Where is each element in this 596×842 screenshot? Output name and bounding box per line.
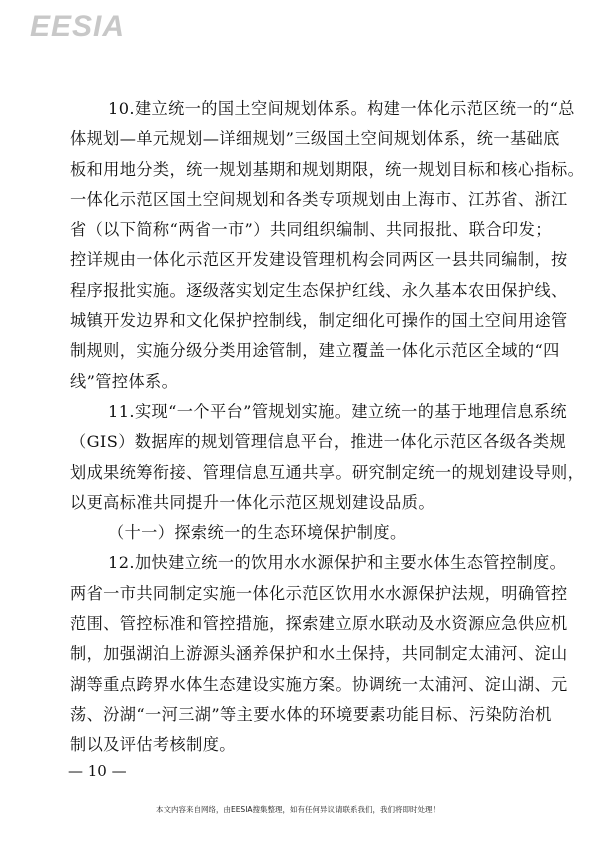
text-line: 一体化示范区国土空间规划和各类专项规划由上海市、江苏省、浙江 (70, 185, 532, 215)
text-line: 省（以下简称“两省一市”）共同组织编制、共同报批、联合印发； (70, 215, 532, 245)
text-line: （GIS）数据库的规划管理信息平台，推进一体化示范区各级各类规 (70, 427, 532, 457)
text-line: 制以及评估考核制度。 (70, 730, 532, 760)
text-line: 荡、汾湖“一河三湖”等主要水体的环境要素功能目标、污染防治机 (70, 700, 532, 730)
text-line: 线”管控体系。 (70, 367, 532, 397)
text-line: 体规划—单元规划—详细规划”三级国土空间规划体系，统一基础底 (70, 124, 532, 154)
section-heading: （十一）探索统一的生态环境保护制度。 (70, 518, 532, 548)
text-line: 制，加强湖泊上游源头涵养保护和水土保持，共同制定太浦河、淀山 (70, 639, 532, 669)
text-line: 制规则，实施分级分类用途管制，建立覆盖一体化示范区全域的“四 (70, 336, 532, 366)
text-line: 两省一市共同制定实施一体化示范区饮用水水源保护法规，明确管控 (70, 579, 532, 609)
text-line: 12.加快建立统一的饮用水水源保护和主要水体生态管控制度。 (70, 548, 532, 578)
eesia-logo: EESIA (30, 10, 125, 44)
text-line: 10.建立统一的国土空间规划体系。构建一体化示范区统一的“总 (70, 94, 532, 124)
document-body: 10.建立统一的国土空间规划体系。构建一体化示范区统一的“总 体规划—单元规划—… (70, 94, 532, 761)
text-line: 以更高标准共同提升一体化示范区规划建设品质。 (70, 488, 532, 518)
paragraph-10: 10.建立统一的国土空间规划体系。构建一体化示范区统一的“总 体规划—单元规划—… (70, 94, 532, 397)
paragraph-12: 12.加快建立统一的饮用水水源保护和主要水体生态管控制度。 两省一市共同制定实施… (70, 548, 532, 760)
text-line: 11.实现“一个平台”管规划实施。建立统一的基于地理信息系统 (70, 397, 532, 427)
footer-disclaimer: 本文内容来自网络，由EESIA搜集整理，如有任何异议请联系我们，我们将即时处理！ (0, 804, 596, 815)
page-number: — 10 — (68, 762, 127, 780)
text-line: 板和用地分类，统一规划基期和规划期限，统一规划目标和核心指标。 (70, 155, 532, 185)
text-line: 程序报批实施。逐级落实划定生态保护红线、永久基本农田保护线、 (70, 276, 532, 306)
text-line: 城镇开发边界和文化保护控制线，制定细化可操作的国土空间用途管 (70, 306, 532, 336)
text-line: 湖等重点跨界水体生态建设实施方案。协调统一太浦河、淀山湖、元 (70, 670, 532, 700)
section-title: （十一）探索统一的生态环境保护制度。 (70, 518, 532, 548)
text-line: 控详规由一体化示范区开发建设管理机构会同两区一县共同编制，按 (70, 245, 532, 275)
text-line: 划成果统筹衔接、管理信息互通共享。研究制定统一的规划建设导则， (70, 458, 532, 488)
paragraph-11: 11.实现“一个平台”管规划实施。建立统一的基于地理信息系统 （GIS）数据库的… (70, 397, 532, 518)
text-line: 范围、管控标准和管控措施，探索建立原水联动及水资源应急供应机 (70, 609, 532, 639)
